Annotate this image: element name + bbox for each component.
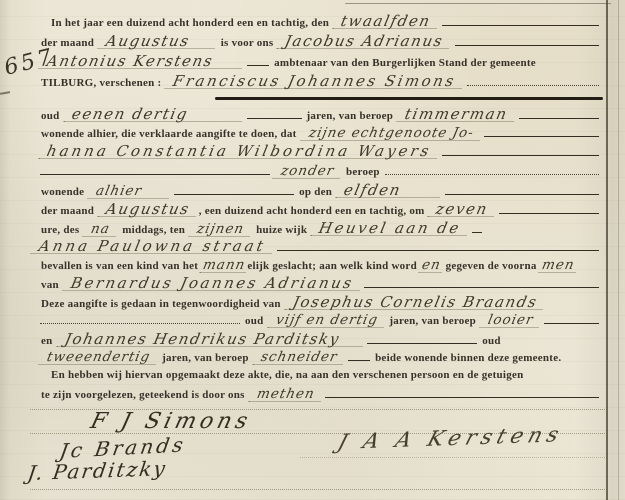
printed-text: jaren, van beroep (389, 315, 476, 327)
handwritten-registrar-name: Jacobus Adrianus (277, 34, 452, 49)
line-child-names: van Bernardus Joannes Adrianus (38, 276, 601, 294)
handwritten-registrar-name2: Antonius Kerstens (38, 54, 244, 69)
form-rule-line (325, 395, 599, 398)
form-rule-line (348, 358, 370, 361)
printed-text: oud (482, 335, 501, 347)
printed-text: beide wonende binnen deze gemeente. (375, 352, 561, 364)
ruled-line (30, 488, 605, 490)
form-rule-line (277, 248, 599, 251)
handwritten-age: eenen dertig (63, 107, 244, 122)
form-rule-line (445, 192, 599, 195)
handwritten-birth-day: elfden (336, 183, 443, 198)
printed-text: jaren, van beroep (162, 352, 249, 364)
printed-text: gegeven de voorna (446, 260, 537, 272)
handwritten-witness2-age: tweeendertig (38, 350, 158, 365)
line-closing1: En hebben wij hiervan opgemaakt deze akt… (48, 369, 601, 387)
line-age-occupation: oud eenen dertig jaren, van beroep timme… (38, 107, 601, 125)
handwritten-witness1-occupation: looier (479, 313, 542, 328)
printed-text: huize wijk (256, 224, 307, 236)
printed-text: en (41, 335, 53, 347)
handwritten-voornamen-suffix: men (538, 258, 578, 273)
handwritten-hour: zeven (428, 202, 497, 217)
handwritten-house-location: Heuvel aan de (311, 221, 470, 236)
signature-declarant: F J Simons (88, 409, 254, 434)
form-rule-line (544, 321, 599, 324)
printed-text: van (41, 279, 59, 291)
handwritten-zonder: zonder (272, 164, 342, 179)
handwritten-methen: methen (248, 387, 323, 402)
line-witness2-age: tweeendertig jaren, van beroep schneider… (38, 350, 601, 368)
line-residence-date: wonende alhier op den elfden (38, 183, 601, 201)
form-rule-line (367, 341, 477, 344)
form-rule-line (467, 83, 599, 86)
handwritten-spouse-intro: zijne echtgenoote Jo- (300, 126, 482, 141)
printed-text: bevallen is van een kind van het (41, 260, 198, 272)
form-rule-line (40, 321, 240, 324)
printed-text: middags, ten (122, 224, 185, 236)
handwritten-day: twaalfden (333, 14, 440, 29)
printed-text: wonende alhier, die verklaarde aangifte … (41, 128, 297, 140)
line-witness2: en Johannes Hendrikus Parditsky oud (38, 332, 601, 350)
line-mother-occupation: zonder beroep (38, 164, 601, 182)
printed-text: oud (41, 110, 60, 122)
line-street: Anna Paulowna straat (30, 239, 601, 257)
line-closing2: te zijn voorgelezen, geteekend is door o… (38, 387, 601, 405)
form-rule-line (442, 153, 599, 156)
handwritten-witness2-name: Johannes Hendrikus Parditsky (56, 332, 365, 347)
handwritten-occupation: timmerman (397, 107, 517, 122)
line-mother-name: hanna Constantia Wilbordina Wayers (38, 144, 601, 162)
printed-text: , een duizend acht honderd een en tachti… (199, 205, 425, 217)
handwritten-witness1-age: vijf en dertig (267, 313, 386, 328)
margin-mark (0, 91, 10, 95)
page-edge-line-faint (618, 0, 619, 500)
printed-text: is voor ons (221, 37, 274, 49)
handwritten-residence: alhier (88, 184, 172, 199)
form-rule-line (455, 43, 600, 46)
form-rule-line (472, 230, 482, 233)
handwritten-birth-month: Augustus (97, 202, 198, 217)
handwritten-na: na (83, 222, 119, 237)
handwritten-declarant-name: Franciscus Johannes Simons (165, 74, 465, 89)
printed-text: wonende (41, 186, 84, 198)
handwritten-sex: mann (200, 258, 249, 273)
form-rule-line (484, 134, 599, 137)
form-rule-line (442, 23, 599, 26)
handwritten-worden-suffix: en (418, 258, 444, 273)
line-witness1: Deze aangifte is gedaan in tegenwoordigh… (38, 295, 601, 313)
handwritten-mother-name: hanna Constantia Wilbordina Wayers (38, 144, 439, 159)
form-rule-line (364, 285, 599, 288)
line-declarant: TILBURG, verschenen : Franciscus Johanne… (38, 74, 601, 92)
form-rule-line (499, 211, 599, 214)
birth-record-scan: 657 In het jaar een duizend acht honderd… (0, 0, 625, 500)
line-registrar-title: Antonius Kerstens ambtenaar van den Burg… (38, 54, 601, 72)
handwritten-zijnen: zijnen (189, 222, 253, 237)
printed-text: Deze aangifte is gedaan in tegenwoordigh… (41, 298, 281, 310)
handwritten-child-names: Bernardus Joannes Adrianus (62, 276, 362, 291)
ruled-line (300, 456, 605, 458)
printed-text: beroep (346, 166, 380, 178)
printed-text: der maand (41, 37, 94, 49)
form-rule-line (174, 192, 294, 195)
printed-text: ambtenaar van den Burgerlijken Stand der… (274, 57, 536, 69)
printed-text: En hebben wij hiervan opgemaakt deze akt… (51, 369, 524, 381)
handwritten-witness2-occupation: schneider (252, 350, 345, 365)
printed-text: oud (245, 315, 264, 327)
handwritten-month: Augustus (97, 34, 217, 49)
handwritten-street: Anna Paulowna straat (30, 239, 274, 254)
printed-text: elijk geslacht; aan welk kind word (247, 260, 417, 272)
form-rule-line (519, 116, 599, 119)
line-witness1-age: oud vijf en dertig jaren, van beroep loo… (38, 313, 601, 331)
printed-text: der maand (41, 205, 94, 217)
printed-text: op den (299, 186, 332, 198)
printed-text: jaren, van beroep (307, 110, 394, 122)
form-rule-line (385, 172, 599, 175)
line-opening-year: In het jaar een duizend acht honderd een… (48, 14, 601, 32)
line-birth-month-hour: der maand Augustus , een duizend acht ho… (38, 202, 601, 220)
line-month-registrar: der maand Augustus is voor ons Jacobus A… (38, 34, 601, 52)
form-rule-line (247, 63, 269, 66)
signature-witness2: J. Parditzky (26, 456, 169, 485)
page-edge-line (606, 0, 608, 500)
scan-top-edge-line (345, 3, 611, 4)
printed-text: ure, des (41, 224, 79, 236)
form-rule-line (40, 172, 270, 175)
printed-text: TILBURG, verschenen : (41, 77, 161, 89)
printed-text: In het jaar een duizend acht honderd een… (51, 17, 329, 29)
section-divider-rule (215, 97, 603, 100)
handwritten-witness1-name: Josephus Cornelis Braands (284, 295, 546, 310)
signature-registrar: J A A Kerstens (335, 422, 567, 454)
printed-text: te zijn voorgelezen, geteekend is door o… (41, 389, 245, 401)
form-rule-line (247, 116, 302, 119)
